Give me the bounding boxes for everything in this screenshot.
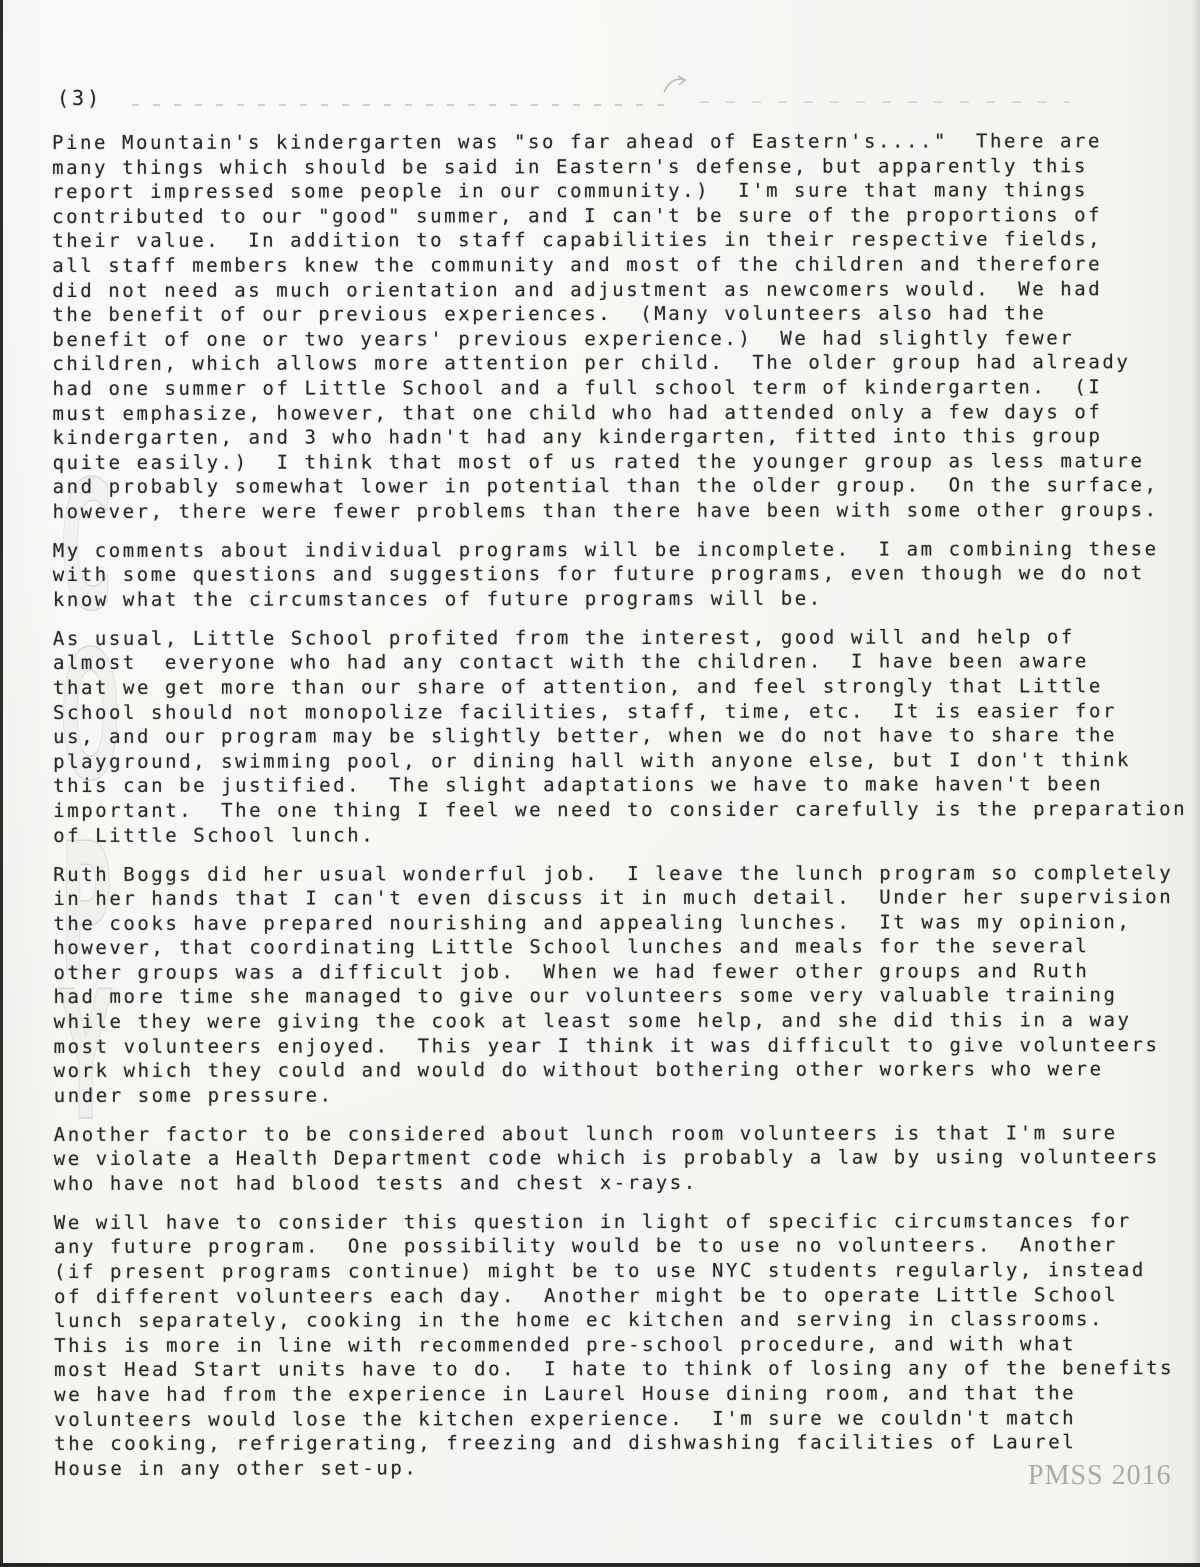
text-line: As usual, Little School profited from th… <box>53 625 1200 652</box>
text-line: that we get more than our share of atten… <box>53 674 1200 701</box>
text-line: of different volunteers each day. Anothe… <box>54 1283 1200 1310</box>
text-line: their value. In addition to staff capabi… <box>52 227 1200 254</box>
text-line: most volunteers enjoyed. This year I thi… <box>54 1033 1200 1060</box>
text-line: lunch separately, cooking in the home ec… <box>54 1307 1200 1334</box>
text-line: however, that coordinating Little School… <box>53 934 1200 961</box>
text-line: kindergarten, and 3 who hadn't had any k… <box>53 424 1200 451</box>
text-line: the benefit of our previous experiences.… <box>52 301 1200 328</box>
text-line: most Head Start units have to do. I hate… <box>54 1356 1200 1383</box>
text-line: quite easily.) I think that most of us r… <box>53 449 1200 476</box>
text-line: School should not monopolize facilities,… <box>53 699 1200 726</box>
paragraph: We will have to consider this question i… <box>54 1209 1200 1482</box>
text-line: work which they could and would do witho… <box>54 1057 1200 1084</box>
text-line: of Little School lunch. <box>53 822 1200 849</box>
paragraph: My comments about individual programs wi… <box>53 537 1200 613</box>
page-number: (3) <box>57 86 102 110</box>
text-line: volunteers would lose the kitchen experi… <box>54 1406 1200 1433</box>
text-line: report impressed some people in our comm… <box>52 178 1200 205</box>
text-line: the cooks have prepared nourishing and a… <box>53 910 1200 937</box>
typed-text: Pine Mountain's kindergarten was "so far… <box>52 129 1200 1496</box>
text-line: We will have to consider this question i… <box>54 1209 1200 1236</box>
text-line: and probably somewhat lower in potential… <box>53 473 1200 500</box>
text-line: however, there were fewer problems than … <box>53 498 1200 525</box>
text-line: contributed to our "good" summer, and I … <box>52 203 1200 230</box>
text-line: while they were giving the cook at least… <box>54 1008 1200 1035</box>
text-line: we have had from the experience in Laure… <box>54 1381 1200 1408</box>
text-line: This is more in line with recommended pr… <box>54 1332 1200 1359</box>
scan-smudge-line <box>700 101 1070 103</box>
page-edge-bottom <box>0 1563 1200 1567</box>
text-line: benefit of one or two years' previous ex… <box>52 326 1200 353</box>
text-line: under some pressure. <box>54 1082 1200 1109</box>
text-line: must emphasize, however, that one child … <box>52 400 1200 427</box>
pen-scratch-mark <box>662 72 688 94</box>
text-line: My comments about individual programs wi… <box>53 537 1200 564</box>
text-line: did not need as much orientation and adj… <box>52 277 1200 304</box>
text-line: Pine Mountain's kindergarten was "so far… <box>52 129 1200 156</box>
text-line: children, which allows more attention pe… <box>52 350 1200 377</box>
paragraph: Another factor to be considered about lu… <box>54 1121 1200 1197</box>
text-line: (if present programs continue) might be … <box>54 1258 1200 1285</box>
scan-smudge-line <box>132 104 677 106</box>
text-line: had more time she managed to give our vo… <box>53 983 1200 1010</box>
text-line: almost everyone who had any contact with… <box>53 649 1200 676</box>
text-line: Another factor to be considered about lu… <box>54 1121 1200 1148</box>
text-line: important. The one thing I feel we need … <box>53 797 1200 824</box>
text-line: who have not had blood tests and chest x… <box>54 1170 1200 1197</box>
text-line: with some questions and suggestions for … <box>53 561 1200 588</box>
text-line: had one summer of Little School and a fu… <box>52 375 1200 402</box>
text-line: Ruth Boggs did her usual wonderful job. … <box>53 860 1200 887</box>
text-line: any future program. One possibility woul… <box>54 1233 1200 1260</box>
text-line: we violate a Health Department code whic… <box>54 1145 1200 1172</box>
paragraph: Ruth Boggs did her usual wonderful job. … <box>53 860 1200 1108</box>
text-line: other groups was a difficult job. When w… <box>53 959 1200 986</box>
text-line: us, and our program may be slightly bett… <box>53 723 1200 750</box>
pmss-watermark: PMSS 2016 <box>1028 1460 1172 1492</box>
text-line: the cooking, refrigerating, freezing and… <box>54 1430 1200 1457</box>
text-line: this can be justified. The slight adapta… <box>53 772 1200 799</box>
paragraph: Pine Mountain's kindergarten was "so far… <box>52 129 1200 525</box>
text-line: know what the circumstances of future pr… <box>53 586 1200 613</box>
paragraph: As usual, Little School profited from th… <box>53 625 1200 848</box>
page-edge-left <box>0 0 3 1567</box>
text-line: playground, swimming pool, or dining hal… <box>53 748 1200 775</box>
text-line: many things which should be said in East… <box>52 154 1200 181</box>
text-line: all staff members knew the community and… <box>52 252 1200 279</box>
text-line: in her hands that I can't even discuss i… <box>53 885 1200 912</box>
scanned-page: { "page": { "page_number": "(3)", "side_… <box>0 0 1200 1567</box>
